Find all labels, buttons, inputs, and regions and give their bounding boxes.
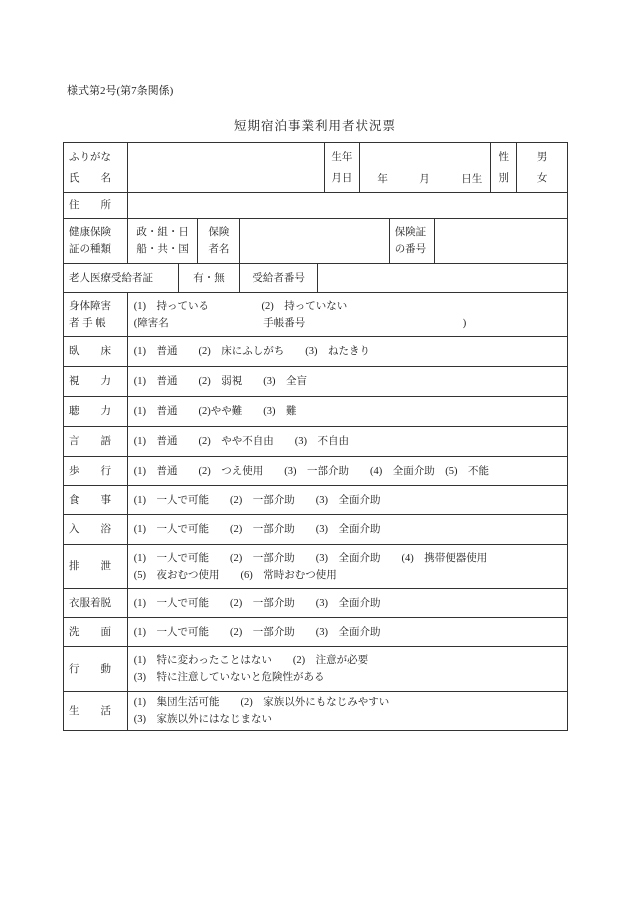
form-page: 様式第2号(第7条関係) 短期宿泊事業利用者状況票 ふりがな 氏 名 生年 月日…: [0, 0, 630, 916]
form-title: 短期宿泊事業利用者状況票: [0, 116, 630, 134]
table-row-vision: 視 力 (1) 普通 (2) 弱視 (3) 全盲: [64, 367, 567, 397]
table-row-elderly-medical: 老人医療受給者証 有・無 受給者番号: [64, 264, 567, 293]
table-row-washing: 洗 面 (1) 一人で可能 (2) 一部介助 (3) 全面介助: [64, 618, 567, 647]
insurance-cardno-label: 保険証 の番号: [390, 219, 435, 263]
table-row-walking: 歩 行 (1) 普通 (2) つえ使用 (3) 一部介助 (4) 全面介助 (5…: [64, 457, 567, 486]
address-label: 住 所: [64, 193, 128, 218]
table-row-dressing: 衣服着脱 (1) 一人で可能 (2) 一部介助 (3) 全面介助: [64, 589, 567, 618]
row-label: 行 動: [64, 647, 128, 691]
birthdate-field: 年 月 日生: [360, 143, 491, 192]
table-row-eating: 食 事 (1) 一人で可能 (2) 一部介助 (3) 全面介助: [64, 486, 567, 515]
row-label: 歩 行: [64, 457, 128, 485]
table-row-bathing: 入 浴 (1) 一人で可能 (2) 一部介助 (3) 全面介助: [64, 515, 567, 545]
row-options: (1) 一人で可能 (2) 一部介助 (3) 全面介助: [128, 515, 567, 544]
insurer-name-field: [240, 219, 389, 263]
sex-label: 性 別: [491, 143, 517, 192]
elderly-cert-choices: 有・無: [179, 264, 241, 292]
table-row-excretion: 排 泄 (1) 一人で可能 (2) 一部介助 (3) 全面介助 (4) 携帯便器…: [64, 545, 567, 589]
row-options: (1) 一人で可能 (2) 一部介助 (3) 全面介助 (4) 携帯便器使用 (…: [128, 545, 567, 588]
table-row-insurance: 健康保険 証の種類 政・組・日 船・共・国 保険 者名 保険証 の番号: [64, 219, 567, 264]
insurance-type-options: 政・組・日 船・共・国: [128, 219, 199, 263]
row-options: (1) 普通 (2)やや難 (3) 難: [128, 397, 567, 426]
insurer-name-label: 保険 者名: [198, 219, 240, 263]
recipient-number-label: 受給者番号: [240, 264, 318, 292]
row-label: 身体障害 者 手 帳: [64, 293, 128, 336]
name-label: ふりがな 氏 名: [64, 143, 128, 192]
row-label: 入 浴: [64, 515, 128, 544]
recipient-number-field: [318, 264, 567, 292]
row-label: 言 語: [64, 427, 128, 456]
row-options: (1) 一人で可能 (2) 一部介助 (3) 全面介助: [128, 618, 567, 646]
row-options: (1) 集団生活可能 (2) 家族以外にもなじみやすい (3) 家族以外にはなじ…: [128, 692, 567, 730]
row-label: 排 泄: [64, 545, 128, 588]
row-label: 食 事: [64, 486, 128, 514]
row-label: 臥 床: [64, 337, 128, 366]
table-row-disability-certificate: 身体障害 者 手 帳 (1) 持っている (2) 持っていない (障害名 手帳番…: [64, 293, 567, 337]
row-options: (1) 特に変わったことはない (2) 注意が必要 (3) 特に注意していないと…: [128, 647, 567, 691]
row-label: 衣服着脱: [64, 589, 128, 617]
row-label: 聴 力: [64, 397, 128, 426]
row-options: (1) 一人で可能 (2) 一部介助 (3) 全面介助: [128, 589, 567, 617]
row-options: (1) 一人で可能 (2) 一部介助 (3) 全面介助: [128, 486, 567, 514]
row-label: 生 活: [64, 692, 128, 730]
row-options: (1) 普通 (2) つえ使用 (3) 一部介助 (4) 全面介助 (5) 不能: [128, 457, 567, 485]
name-field: [128, 143, 325, 192]
form-number: 様式第2号(第7条関係): [67, 82, 173, 98]
elderly-cert-label: 老人医療受給者証: [64, 264, 179, 292]
sex-options: 男 女: [517, 143, 567, 192]
birthdate-label: 生年 月日: [325, 143, 360, 192]
row-label: 視 力: [64, 367, 128, 396]
table-row-daily-life: 生 活 (1) 集団生活可能 (2) 家族以外にもなじみやすい (3) 家族以外…: [64, 692, 567, 730]
row-options: (1) 普通 (2) 弱視 (3) 全盲: [128, 367, 567, 396]
user-status-table: ふりがな 氏 名 生年 月日 年 月 日生 性 別 男 女 住 所 健康保険 証…: [63, 142, 568, 731]
insurance-cardno-field: [435, 219, 567, 263]
row-options: (1) 持っている (2) 持っていない (障害名 手帳番号 ): [128, 293, 567, 336]
row-options: (1) 普通 (2) やや不自由 (3) 不自由: [128, 427, 567, 456]
table-row-name: ふりがな 氏 名 生年 月日 年 月 日生 性 別 男 女: [64, 143, 567, 193]
table-row-speech: 言 語 (1) 普通 (2) やや不自由 (3) 不自由: [64, 427, 567, 457]
table-row-hearing: 聴 力 (1) 普通 (2)やや難 (3) 難: [64, 397, 567, 427]
row-options: (1) 普通 (2) 床にふしがち (3) ねたきり: [128, 337, 567, 366]
table-row-bedridden: 臥 床 (1) 普通 (2) 床にふしがち (3) ねたきり: [64, 337, 567, 367]
table-row-behavior: 行 動 (1) 特に変わったことはない (2) 注意が必要 (3) 特に注意して…: [64, 647, 567, 692]
table-row-address: 住 所: [64, 193, 567, 219]
insurance-type-label: 健康保険 証の種類: [64, 219, 128, 263]
row-label: 洗 面: [64, 618, 128, 646]
address-field: [128, 193, 567, 218]
